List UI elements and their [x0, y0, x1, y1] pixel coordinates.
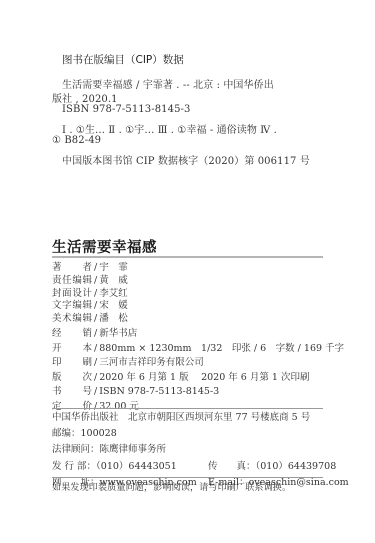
credit-row: 美术编辑/潘 松 [52, 313, 128, 326]
spec-value: ISBN 978-7-5113-8145-3 [99, 385, 219, 400]
credit-value: 李艾红 [99, 288, 128, 301]
spec-label: 印 刷 [52, 356, 92, 371]
spec-row: 版 次/2020 年 6 月第 1 版 2020 年 6 月第 1 次印刷 [52, 371, 344, 386]
spec-label: 版 次 [52, 371, 92, 386]
credit-value: 黄 威 [99, 275, 128, 288]
publisher-rule [52, 408, 323, 409]
credits-list: 著 者/宇 霏 责任编辑/黄 威 封面设计/李艾红 文字编辑/宋 媛 美术编辑/… [52, 262, 128, 326]
spec-value: 2020 年 6 月第 1 版 2020 年 6 月第 1 次印刷 [99, 371, 309, 386]
publisher-legal-counsel: 法律顾问：陈鹰律师事务所 [52, 442, 310, 458]
credit-row: 文字编辑/宋 媛 [52, 300, 128, 313]
title-rule [52, 256, 323, 258]
publisher-contact-row: 发 行 部：（010）64443051 传 真：（010）64439708 [52, 459, 310, 475]
cip-line: 版社 , 2020.1 [52, 90, 118, 105]
credit-value: 宋 媛 [99, 300, 128, 313]
spec-value: 三河市吉祥印务有限公司 [99, 356, 204, 371]
credit-label: 著 者 [52, 262, 92, 275]
cip-data-number: 中国版本图书馆 CIP 数据核字（2020）第 006117 号 [62, 152, 310, 167]
notice-rule [52, 477, 323, 478]
credit-label: 责任编辑 [52, 275, 92, 288]
spec-row: 开 本/880mm × 1230mm 1/32 印张 / 6 字数 / 169 … [52, 342, 344, 357]
cip-heading: 图书在版编目（CIP）数据 [62, 52, 184, 67]
spec-value: 新华书店 [99, 327, 137, 342]
credit-value: 潘 松 [99, 313, 128, 326]
credit-label: 文字编辑 [52, 300, 92, 313]
credit-value: 宇 霏 [99, 262, 128, 275]
book-title: 生活需要幸福感 [52, 236, 157, 257]
quality-notice: 如果发现印装质量问题，影响阅读，请与印刷厂联系调换。 [52, 480, 291, 493]
spec-row: 印 刷/三河市吉祥印务有限公司 [52, 356, 344, 371]
credit-row: 著 者/宇 霏 [52, 262, 128, 275]
credit-label: 封面设计 [52, 288, 92, 301]
publisher-info: 中国华侨出版社 北京市朝阳区西坝河东里 77 号楼底商 5 号 邮编：10002… [52, 410, 310, 491]
spec-row: 书 号/ISBN 978-7-5113-8145-3 [52, 385, 344, 400]
sales-dept-phone: 发 行 部：（010）64443051 [52, 459, 177, 475]
publisher-postcode: 邮编：100028 [52, 426, 310, 442]
cip-line: Ⅰ . ①生… Ⅱ . ①宇… Ⅲ . ①幸福 - 通俗读物 Ⅳ . [62, 121, 277, 136]
spec-label: 经 销 [52, 327, 92, 342]
publisher-address: 中国华侨出版社 北京市朝阳区西坝河东里 77 号楼底商 5 号 [52, 410, 310, 426]
spec-label: 开 本 [52, 342, 92, 357]
credit-row: 封面设计/李艾红 [52, 288, 128, 301]
credit-row: 责任编辑/黄 威 [52, 275, 128, 288]
spec-row: 经 销/新华书店 [52, 327, 344, 342]
spec-label: 书 号 [52, 385, 92, 400]
specs-list: 经 销/新华书店 开 本/880mm × 1230mm 1/32 印张 / 6 … [52, 327, 344, 415]
cip-line: ISBN 978-7-5113-8145-3 [62, 104, 191, 115]
copyright-page: 图书在版编目（CIP）数据 生活需要幸福感 / 宇霏著 . -- 北京 : 中国… [0, 0, 375, 543]
cip-line: ① B82-49 [52, 135, 101, 146]
cip-line: 生活需要幸福感 / 宇霏著 . -- 北京 : 中国华侨出 [62, 76, 274, 91]
spec-value: 880mm × 1230mm 1/32 印张 / 6 字数 / 169 千字 [99, 342, 344, 357]
credit-label: 美术编辑 [52, 313, 92, 326]
fax-number: 传 真：（010）64439708 [208, 459, 336, 475]
